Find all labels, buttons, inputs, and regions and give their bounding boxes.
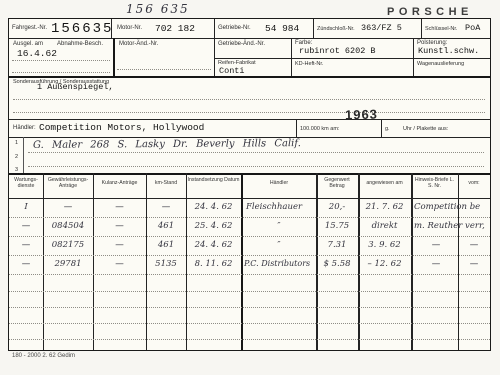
print-code: 180 - 2000 2. 62 Gedim [12,353,75,359]
divider [113,38,115,76]
zuendschloss-value: 363/FZ 5 [361,23,402,33]
motor-aend-label: Motor-Änd.-Nr. [119,41,158,48]
rule-line [9,217,490,218]
divider [421,19,422,38]
kardex-page: 156 635 PORSCHE Fahrgest.-Nr. 156635 Mot… [0,0,500,375]
rule-line [12,72,110,73]
table-cell: Competition be [414,202,490,217]
table-cell: — [414,240,458,255]
reifen-fabrikat-value: Conti [219,66,245,76]
divider [9,38,490,39]
table-cell: m. Reuther verr, [414,221,490,236]
table-cell: 25. 4. 62 [187,221,240,236]
table-cell: — [94,240,145,255]
getriebe-nr-label: Getriebe-Nr. [218,25,251,32]
column-header: km-Stand [147,180,185,186]
table-cell: 20,- [317,202,357,217]
column-header: Instandsetzung Datum [187,177,240,183]
wagenauslieferung-label: Wagenauslieferung [417,61,464,67]
column-header: Gewährleistungs-Anträge [44,177,92,189]
table-cell: — [94,202,145,217]
polsterung-value: Kunstl.schw. [418,46,479,56]
zuendschloss-label: Zündschloß-Nr. [317,26,355,32]
schluessel-label: Schlüssel-Nr. [425,26,457,32]
chassis-number-handwritten: 156 635 [126,2,190,16]
farbe-value: rubinrot 6202 B [299,46,376,56]
column-header: Wartungs-dienste [10,177,42,189]
table-cell: 3. 9. 62 [359,240,410,255]
divider [9,119,490,120]
column-header: Händler [243,180,315,186]
rule-line [117,69,211,70]
column-header: angewiesen am [359,180,410,186]
column-header: Hinweis-Briefe L. S. Nr. [412,177,457,189]
table-cell: 15.75 [317,221,357,236]
schluessel-value: PoA [465,23,480,33]
rule-line [12,60,110,61]
table-cell: 082175 [44,240,92,255]
ausgel-am-value: 16.4.62 [17,48,57,59]
fahrgest-label: Fahrgest.-Nr. [12,25,47,32]
table-cell: — [94,221,145,236]
haendler-value: Competition Motors, Hollywood [39,122,204,133]
table-cell: 084504 [44,221,92,236]
divider [9,173,490,175]
divider [23,137,24,173]
motor-nr-value: 702 182 [155,23,195,34]
column-header: Gegenwert Betrag [317,177,357,189]
divider [296,119,297,137]
kardex-card: Fahrgest.-Nr. 156635 Motor-Nr. 702 182 G… [8,18,491,351]
table-cell: 461 [147,240,185,255]
column-header: vom: [459,180,489,186]
table-cell: — [414,259,458,274]
getriebe-aend-label: Getriebe-Änd.-Nr. [218,41,265,48]
rule-line [13,112,485,113]
table-cell: 24. 4. 62 [187,240,240,255]
table-cell: I [10,202,42,217]
ausgel-am-label: Ausgel. am [13,41,43,48]
table-cell: ″ [246,240,312,255]
table-cell: — [94,259,145,274]
rule-line [9,291,490,292]
haendler-label: Händler: [13,125,36,132]
table-cell: Fleischhauer [246,202,316,217]
divider [214,19,215,76]
divider [214,58,490,59]
year-stamp: 1963 [345,107,378,123]
table-cell: — [44,202,92,217]
uhr-g-label: g. [385,126,390,132]
divider [291,38,292,76]
rule-line [9,274,490,275]
owner-address-handwritten: G. Maler 268 S. Lasky Dr. Beverly Hills … [33,138,301,151]
rule-line [28,166,484,167]
divider [9,76,490,78]
table-cell: — [147,202,185,217]
km100-label: 100.000 km am: [300,126,339,132]
rule-line [13,99,485,100]
kd-heft-label: KD-Heft-Nr. [295,61,323,67]
fahrgest-value: 156635 [51,21,113,37]
rule-line [9,236,490,237]
table-cell: 461 [147,221,185,236]
rule-line [28,152,484,153]
table-cell: — [459,259,489,274]
table-cell: 21. 7. 62 [359,202,410,217]
table-cell: — [10,221,42,236]
table-cell: 5135 [147,259,185,274]
table-cell: 8. 11. 62 [187,259,240,274]
divider [313,19,314,38]
table-cell: — [459,240,489,255]
divider [381,119,382,137]
table-cell: ″ [246,221,312,236]
sonderausstattung-value: 1 Außenspiegel, [37,82,114,92]
rule-line [9,339,490,340]
getriebe-nr-value: 54 984 [265,23,299,34]
table-cell: 24. 4. 62 [187,202,240,217]
divider [413,38,414,76]
table-cell: 29781 [44,259,92,274]
divider [9,198,490,199]
rule-line [9,307,490,308]
rule-line [9,323,490,324]
table-cell: P.C. Distributors [244,259,316,274]
line-number: 1 [15,140,18,146]
table-cell: direkt [359,221,410,236]
table-cell: $ 5.58 [317,259,357,274]
table-cell: — [10,259,42,274]
uhr-plakette-label: Uhr / Plakette aus: [403,126,448,132]
table-cell: 7.31 [317,240,357,255]
table-cell: — [10,240,42,255]
column-header: Kulanz-Anträge [94,180,145,186]
porsche-logo: PORSCHE [387,6,473,18]
motor-nr-label: Motor-Nr. [117,25,142,32]
abnahme-besch-label: Abnahme-Besch. [57,41,103,48]
line-number: 2 [15,154,18,160]
table-cell: – 12. 62 [359,259,410,274]
rule-line [9,255,490,256]
